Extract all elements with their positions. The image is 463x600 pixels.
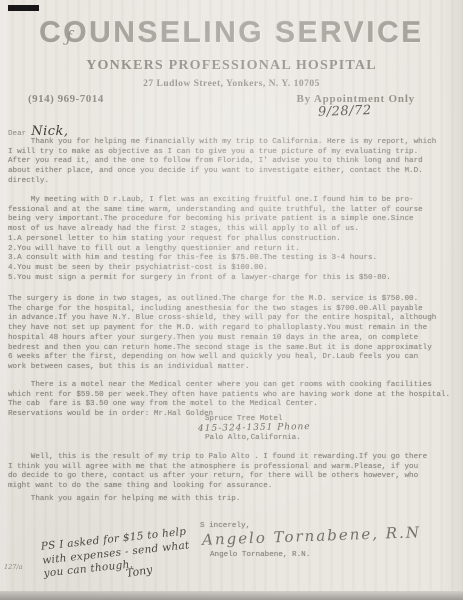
hospital-address: 27 Ludlow Street, Yonkers, N. Y. 10705 [0, 79, 463, 89]
postscript-note-handwritten: PS I asked for $15 to help with expenses… [40, 525, 191, 581]
paragraph-motel: There is a motel near the Medical center… [8, 381, 450, 420]
scan-bottom-edge [0, 591, 463, 600]
thank-you-line: Thank you again for helping me with this… [8, 495, 240, 505]
paragraph-conclusion: Well, this is the result of my trip to P… [8, 453, 427, 492]
paragraph-meeting-and-steps: My meeting with D r.Laub, I flet was an … [8, 196, 423, 283]
postscript-signoff-handwritten: Tony [125, 563, 153, 580]
scan-corner-mark [8, 5, 39, 11]
motel-phone-handwritten: 415-324-1351 Phone [198, 422, 311, 434]
salutation-typed: Dear [8, 130, 26, 138]
paragraph-surgery-costs: The surgery is done in two stages, as ou… [8, 295, 436, 373]
signature-typed: Angelo Tornabene, R.N. [210, 551, 310, 561]
scanned-letter-page: COUNSELING SERVICE ƒ YONKERS PROFESSIONA… [0, 0, 463, 600]
salutation-name-handwritten: Nick, [31, 124, 68, 139]
motel-city: Palo Alto,California. [205, 434, 301, 444]
phone-number: (914) 969-7014 [28, 93, 104, 105]
paragraph-intro: Thank you for helping me financially wit… [8, 138, 436, 187]
handwritten-date: 9/28/72 [318, 103, 372, 120]
archive-corner-mark: 127/a [4, 563, 22, 571]
hospital-name: YONKERS PROFESSIONAL HOSPITAL [0, 58, 463, 74]
counseling-service-logo-icon: ƒ [66, 27, 72, 46]
